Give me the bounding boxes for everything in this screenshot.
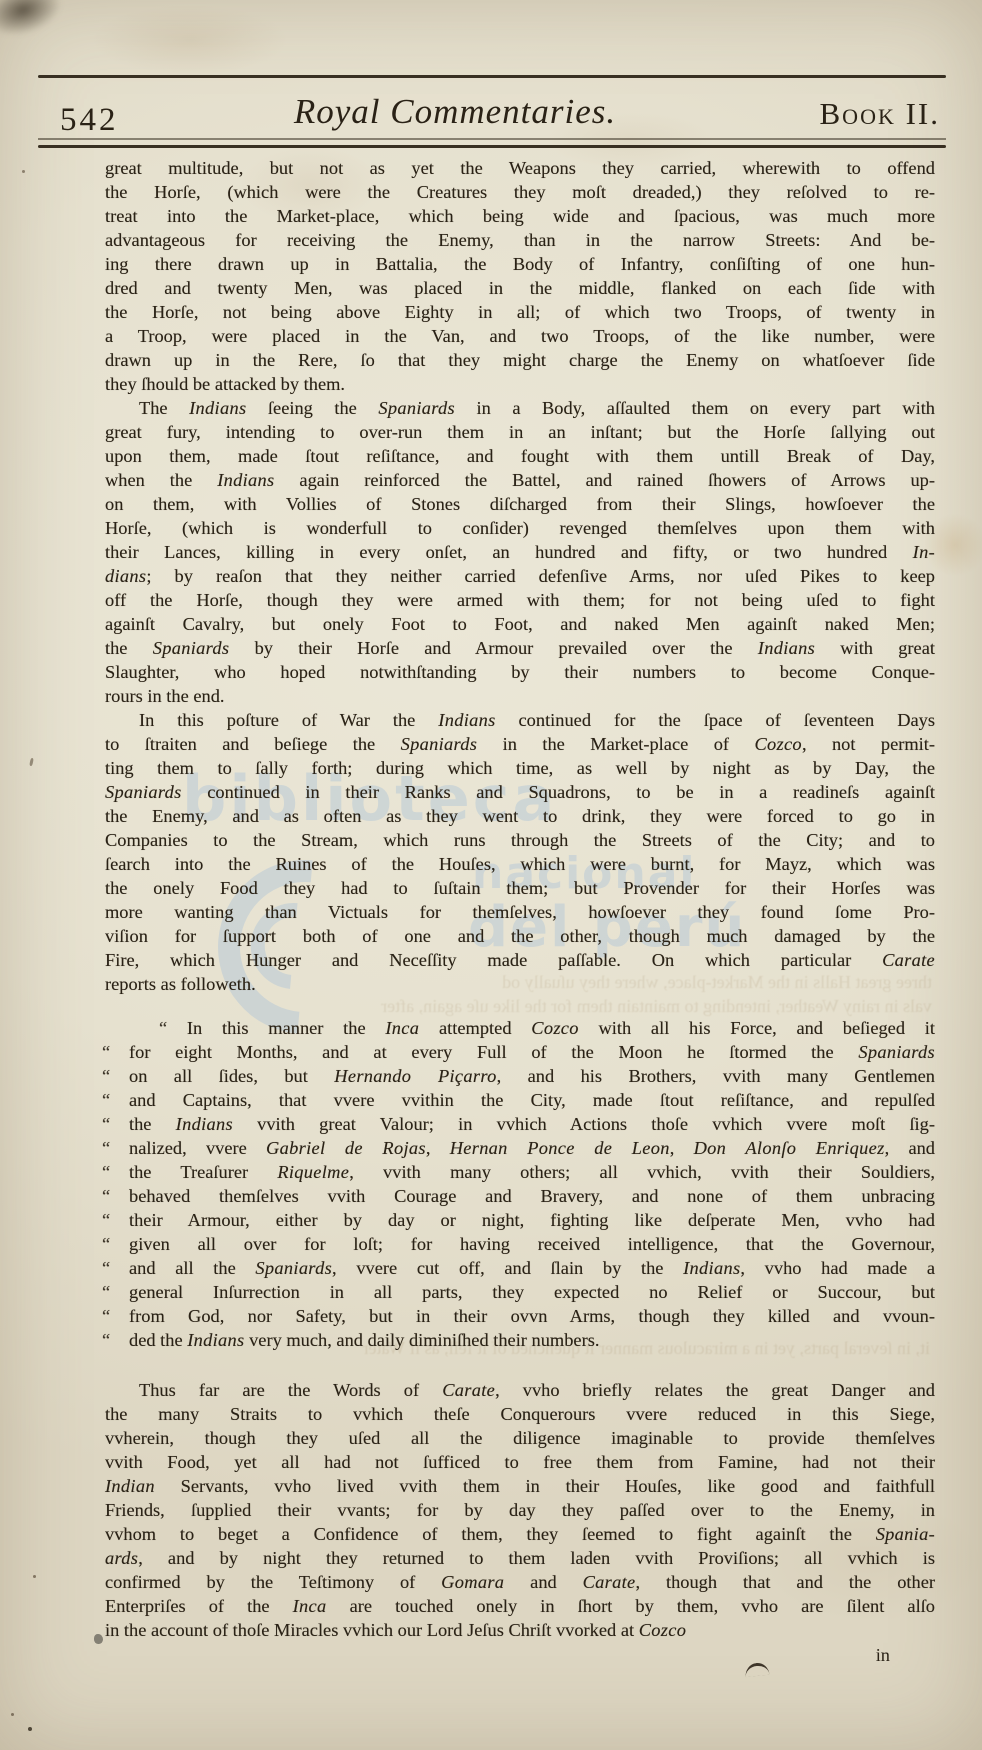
paragraph-2: The Indians ſeeing the Spaniards in a Bo… <box>105 396 935 708</box>
text-line: the Horſe, (which were the Creatures the… <box>105 180 935 204</box>
quote-mark: “ <box>102 1064 110 1088</box>
text-line: Spaniards continued in their Ranks and S… <box>105 780 935 804</box>
quote-mark: “ <box>159 1018 167 1038</box>
text-line: “their Armour, either by day or night, f… <box>129 1208 935 1232</box>
text-line: they ſhould be attacked by them. <box>105 372 935 396</box>
text-line: “for eight Months, and at every Full of … <box>129 1040 935 1064</box>
text-line: vvhom to beget a Confidence of them, the… <box>105 1522 935 1546</box>
book-label: Book II. <box>820 96 941 132</box>
text-line: againſt Cavalry, but onely Foot to Foot,… <box>105 612 935 636</box>
text-line: Thus far are the Words of Carate, vvho b… <box>105 1378 935 1402</box>
quoted-passage: “ In this manner the Inca attempted Cozc… <box>105 1016 935 1352</box>
text-line: treat into the Market-place, which being… <box>105 204 935 228</box>
text-line: off the Horſe, though they were armed wi… <box>105 588 935 612</box>
paragraph-4: Thus far are the Words of Carate, vvho b… <box>105 1378 935 1642</box>
header-rule-bottom <box>38 145 946 148</box>
text-line: reports as followeth. <box>105 972 935 996</box>
text-line: drawn up in the Rere, ſo that they might… <box>105 348 935 372</box>
text-line: “nalized, vvere Gabriel de Rojas, Hernan… <box>129 1136 935 1160</box>
quote-mark: “ <box>102 1088 110 1112</box>
paragraph-1: great multitude, but not as yet the Weap… <box>105 156 935 396</box>
text-line: on them, with Vollies of Stones diſcharg… <box>105 492 935 516</box>
text-line: “ In this manner the Inca attempted Cozc… <box>129 1016 935 1040</box>
corner-smudge <box>0 0 67 43</box>
text-line: the Enemy, and as often as they went to … <box>105 804 935 828</box>
text-line: In this poſture of War the Indians conti… <box>105 708 935 732</box>
text-line: Companies to the Stream, which runs thro… <box>105 828 935 852</box>
quote-mark: “ <box>102 1136 110 1160</box>
text-line: vvherein, though they uſed all the dilig… <box>105 1426 935 1450</box>
paper-speck <box>11 1713 14 1716</box>
quote-mark: “ <box>102 1328 110 1352</box>
text-line: “ded the Indians very much, and daily di… <box>129 1328 935 1352</box>
text-line: The Indians ſeeing the Spaniards in a Bo… <box>105 396 935 420</box>
quote-mark: “ <box>102 1280 110 1304</box>
text-line: to ſtraiten and beſiege the Spaniards in… <box>105 732 935 756</box>
text-line: “given all over for loſt; for having rec… <box>129 1232 935 1256</box>
text-line: the Spaniards by their Horſe and Armour … <box>105 636 935 660</box>
text-line: “and Captains, that vvere vvithin the Ci… <box>129 1088 935 1112</box>
text-line: “and all the Spaniards, vvere cut off, a… <box>129 1256 935 1280</box>
text-line: in the account of thoſe Miracles vvhich … <box>105 1618 935 1642</box>
text-line: ſearch into the Ruines of the Houſes, wh… <box>105 852 935 876</box>
text-line: their Lances, killing in every onſet, an… <box>105 540 935 564</box>
text-line: Horſe, (which is wonderfull to conſider)… <box>105 516 935 540</box>
paper-speck <box>28 1727 32 1731</box>
text-line: ting them to ſally forth; during which t… <box>105 756 935 780</box>
text-line: Friends, ſupplied their vvants; for by d… <box>105 1498 935 1522</box>
quote-mark: “ <box>102 1256 110 1280</box>
text-line: great multitude, but not as yet the Weap… <box>105 156 935 180</box>
text-line: advantageous for receiving the Enemy, th… <box>105 228 935 252</box>
text-line: more wanting than Victuals for themſelve… <box>105 900 935 924</box>
text-line: rours in the end. <box>105 684 935 708</box>
text-line: “general Inſurrection in all parts, they… <box>129 1280 935 1304</box>
text-line: viſion for ſupport both of one and the o… <box>105 924 935 948</box>
running-title: Royal Commentaries. <box>105 92 805 132</box>
header-rule-top <box>38 75 946 78</box>
paper-speck <box>22 170 25 173</box>
text-line: Fire, which Hunger and Neceſſity made pa… <box>105 948 935 972</box>
text-line: ards, and by night they returned to them… <box>105 1546 935 1570</box>
catchword: in <box>876 1645 890 1666</box>
text-line: upon them, made ſtout reſiſtance, and fo… <box>105 444 935 468</box>
quote-mark: “ <box>102 1232 110 1256</box>
paper-speck <box>33 1575 36 1578</box>
quote-mark: “ <box>102 1208 110 1232</box>
text-line: the many Straits to vvhich theſe Conquer… <box>105 1402 935 1426</box>
ink-squiggle <box>744 1662 769 1677</box>
text-line: “the Indians vvith great Valour; in vvhi… <box>129 1112 935 1136</box>
text-line: when the Indians again reinforced the Ba… <box>105 468 935 492</box>
paper-speck <box>29 758 34 766</box>
text-line: vvith Food, yet all had not ſufficed to … <box>105 1450 935 1474</box>
text-line: the Horſe, not being above Eighty in all… <box>105 300 935 324</box>
text-line: great fury, intending to over-run them i… <box>105 420 935 444</box>
ink-blot <box>94 1634 103 1644</box>
text-line: the onely Food they had to ſuſtain them;… <box>105 876 935 900</box>
text-line: Indian Servants, vvho lived vvith them i… <box>105 1474 935 1498</box>
header-rule-thin <box>38 138 946 140</box>
quote-mark: “ <box>102 1304 110 1328</box>
text-line: Slaughter, who hoped notwithſtanding by … <box>105 660 935 684</box>
quote-mark: “ <box>102 1112 110 1136</box>
book-page-scan: biblioteca nacional del perú three great… <box>0 0 982 1750</box>
text-line: “on all ſides, but Hernando Piçarro, and… <box>129 1064 935 1088</box>
text-line: a Troop, were placed in the Van, and two… <box>105 324 935 348</box>
text-line: Enterpriſes of the Inca are touched onel… <box>105 1594 935 1618</box>
quote-mark: “ <box>102 1160 110 1184</box>
text-line: ing there drawn up in Battalia, the Body… <box>105 252 935 276</box>
text-line: “from God, nor Safety, but in their ovvn… <box>129 1304 935 1328</box>
paragraph-3: In this poſture of War the Indians conti… <box>105 708 935 996</box>
quote-mark: “ <box>102 1184 110 1208</box>
text-block: great multitude, but not as yet the Weap… <box>105 156 935 1642</box>
quote-mark: “ <box>102 1040 110 1064</box>
text-line: dred and twenty Men, was placed in the m… <box>105 276 935 300</box>
text-line: dians; by reaſon that they neither carri… <box>105 564 935 588</box>
text-line: “behaved themſelves vvith Courage and Br… <box>129 1184 935 1208</box>
text-line: “the Treaſurer Riquelme, vvith many othe… <box>129 1160 935 1184</box>
text-line: confirmed by the Teſtimony of Gomara and… <box>105 1570 935 1594</box>
